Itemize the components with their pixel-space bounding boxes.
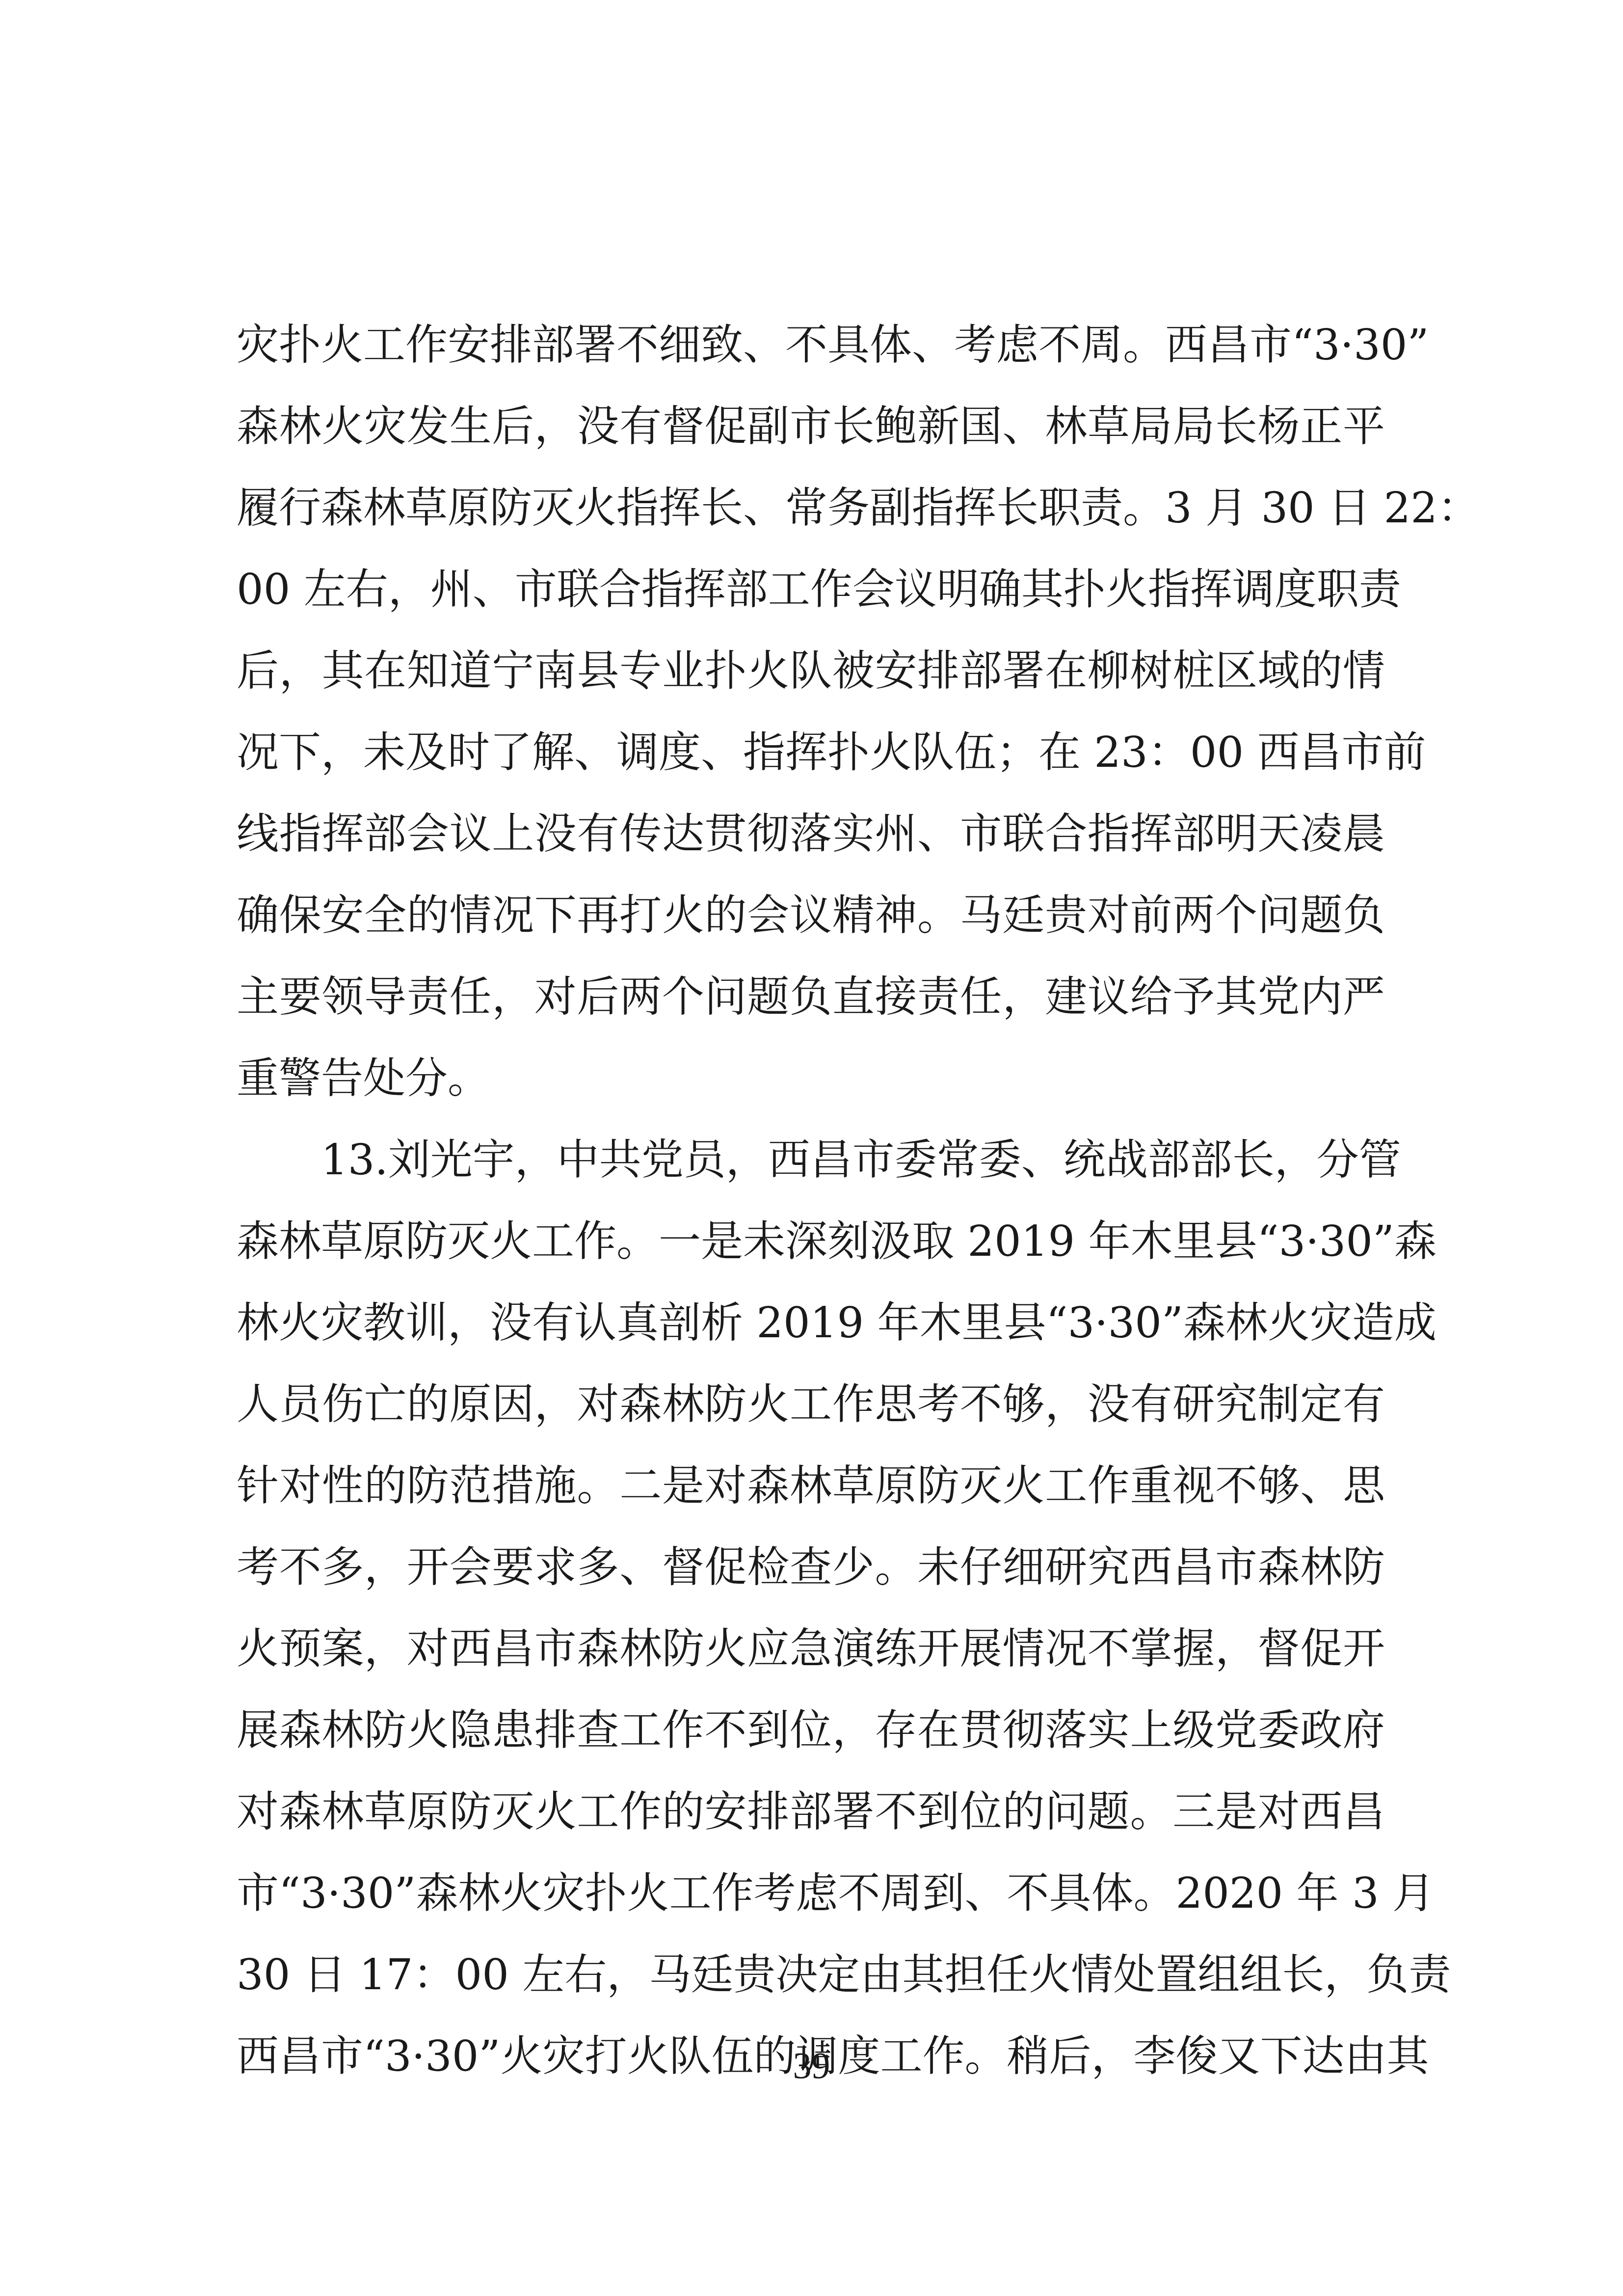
paragraph-ma-tinggui-conclusion: 灾扑火工作安排部署不细致、不具体、考虑不周。西昌市“3·30” 森林火灾发生后，… — [237, 304, 1385, 1119]
text-line: 针对性的防范措施。二是对森林草原防灭火工作重视不够、思 — [237, 1445, 1385, 1527]
text-line: 考不多，开会要求多、督促检查少。未仔细研究西昌市森林防 — [237, 1527, 1385, 1608]
text-line: 人员伤亡的原因，对森林防火工作思考不够，没有研究制定有 — [237, 1364, 1385, 1445]
text-line: 灾扑火工作安排部署不细致、不具体、考虑不周。西昌市“3·30” — [237, 304, 1385, 386]
text-line: 展森林防火隐患排查工作不到位，存在贯彻落实上级党委政府 — [237, 1690, 1385, 1771]
text-line: 主要领导责任，对后两个问题负直接责任，建议给予其党内严 — [237, 956, 1385, 1038]
text-line: 线指挥部会议上没有传达贯彻落实州、市联合指挥部明天凌晨 — [237, 793, 1385, 875]
text-line: 林火灾教训，没有认真剖析 2019 年木里县“3·30”森林火灾造成 — [237, 1282, 1385, 1364]
paragraph-13-liu-guangyu: 13.刘光宇，中共党员，西昌市委常委、统战部部长，分管 森林草原防灭火工作。一是… — [237, 1119, 1385, 2097]
text-line: 00 左右，州、市联合指挥部工作会议明确其扑火指挥调度职责 — [237, 549, 1385, 630]
document-page: 灾扑火工作安排部署不细致、不具体、考虑不周。西昌市“3·30” 森林火灾发生后，… — [0, 0, 1623, 2296]
text-line: 确保安全的情况下再打火的会议精神。马廷贵对前两个问题负 — [237, 875, 1385, 956]
text-line: 对森林草原防灭火工作的安排部署不到位的问题。三是对西昌 — [237, 1771, 1385, 1853]
page-number: 39 — [0, 2045, 1623, 2087]
body-text: 灾扑火工作安排部署不细致、不具体、考虑不周。西昌市“3·30” 森林火灾发生后，… — [237, 304, 1385, 2097]
text-line: 况下，未及时了解、调度、指挥扑火队伍；在 23：00 西昌市前 — [237, 712, 1385, 793]
text-line: 13.刘光宇，中共党员，西昌市委常委、统战部部长，分管 — [237, 1119, 1385, 1201]
text-line: 30 日 17：00 左右，马廷贵决定由其担任火情处置组组长，负责 — [237, 1934, 1385, 2016]
text-line: 市“3·30”森林火灾扑火工作考虑不周到、不具体。2020 年 3 月 — [237, 1853, 1385, 1934]
text-line: 火预案，对西昌市森林防火应急演练开展情况不掌握，督促开 — [237, 1608, 1385, 1690]
text-line: 森林草原防灭火工作。一是未深刻汲取 2019 年木里县“3·30”森 — [237, 1201, 1385, 1282]
text-line: 后，其在知道宁南县专业扑火队被安排部署在柳树桩区域的情 — [237, 630, 1385, 712]
text-line: 森林火灾发生后，没有督促副市长鲍新国、林草局局长杨正平 — [237, 386, 1385, 467]
text-line: 重警告处分。 — [237, 1038, 1385, 1119]
text-line: 履行森林草原防灭火指挥长、常务副指挥长职责。3 月 30 日 22： — [237, 467, 1385, 549]
